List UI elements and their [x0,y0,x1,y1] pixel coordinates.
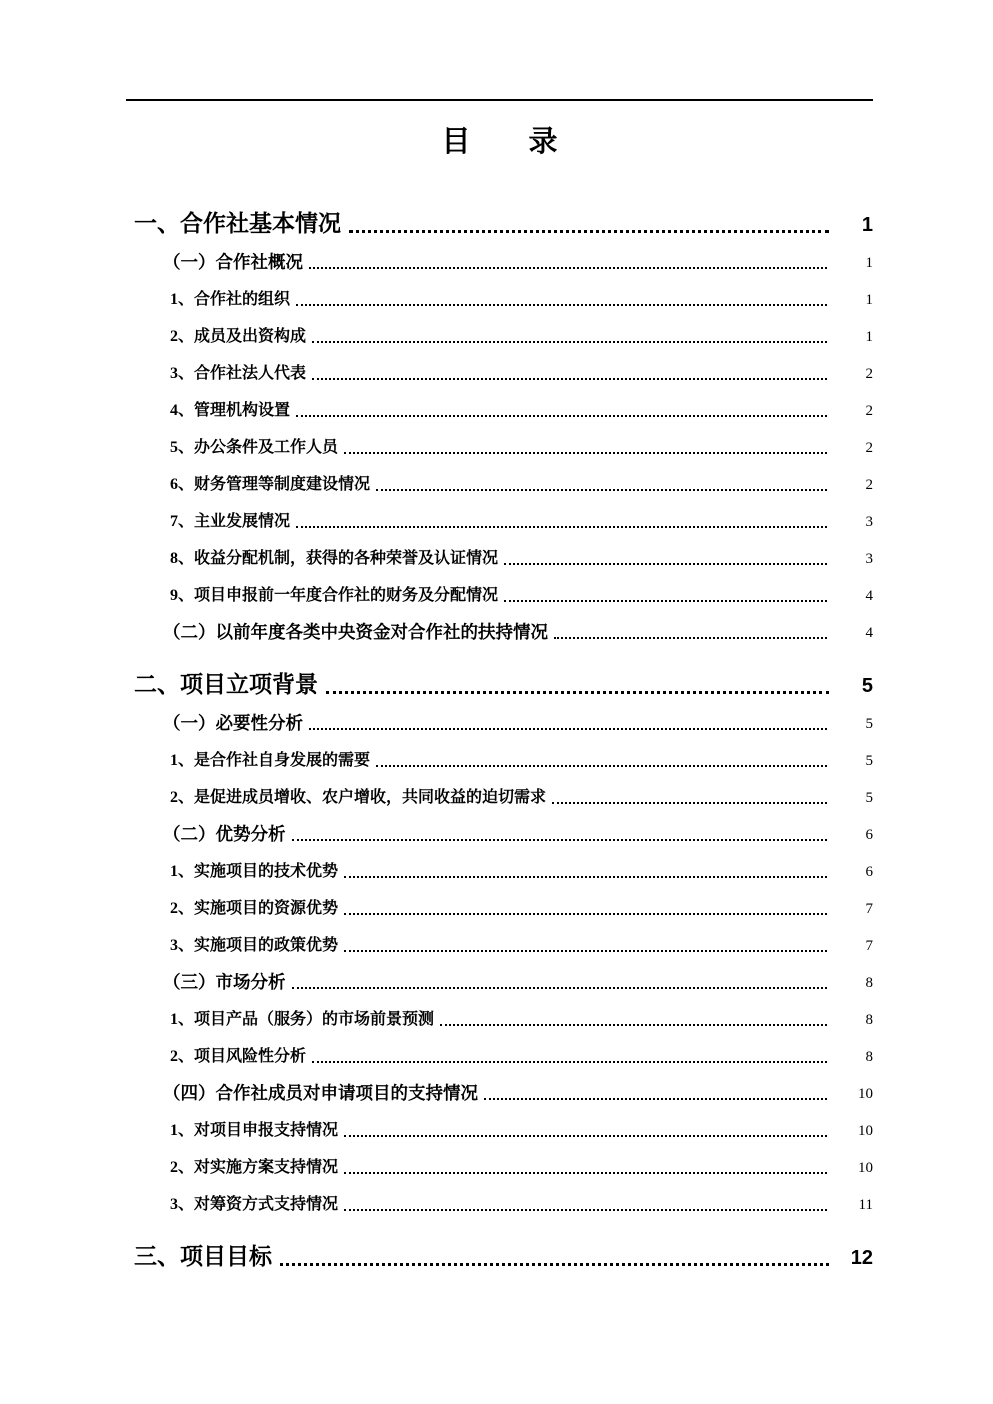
toc-entry-page: 1 [839,256,873,271]
toc-entry-label: 1、项目产品（服务）的市场前景预测 [170,1012,434,1028]
toc-list: 一、合作社基本情况1（一）合作社概况11、合作社的组织12、成员及出资构成13、… [126,197,873,1276]
toc-entry[interactable]: 8、收益分配机制，获得的各种荣誉及认证情况3 [126,539,873,576]
toc-entry[interactable]: 1、项目产品（服务）的市场前景预测8 [126,1000,873,1037]
toc-entry-page: 3 [839,552,873,567]
toc-entry[interactable]: （三）市场分析8 [126,963,873,1000]
dot-leader [344,876,827,878]
toc-entry[interactable]: 6、财务管理等制度建设情况2 [126,465,873,502]
toc-entry-page: 1 [839,293,873,308]
toc-entry-label: 2、是促进成员增收、农户增收，共同收益的迫切需求 [170,790,546,806]
toc-entry-label: 2、成员及出资构成 [170,329,306,345]
toc-entry[interactable]: （二）优势分析6 [126,815,873,852]
toc-entry[interactable]: 3、合作社法人代表2 [126,354,873,391]
document-page: 目 录 一、合作社基本情况1（一）合作社概况11、合作社的组织12、成员及出资构… [0,0,993,1404]
toc-entry-page: 10 [839,1087,873,1102]
dot-leader [344,452,827,454]
toc-entry-page: 6 [839,828,873,843]
toc-entry-label: （一）必要性分析 [163,715,303,733]
dot-leader [280,1263,829,1266]
dot-leader [440,1024,827,1026]
toc-entry-page: 5 [839,717,873,732]
dot-leader [326,691,829,694]
toc-entry-page: 1 [839,215,873,235]
toc-entry-page: 2 [839,367,873,382]
toc-entry-label: 3、合作社法人代表 [170,366,306,382]
dot-leader [554,637,827,639]
toc-entry[interactable]: 3、实施项目的政策优势7 [126,926,873,963]
toc-entry[interactable]: 二、项目立项背景5 [126,658,873,704]
toc-entry[interactable]: 1、合作社的组织1 [126,280,873,317]
toc-entry-page: 12 [839,1248,873,1268]
toc-entry-page: 7 [839,939,873,954]
toc-entry-page: 8 [839,1050,873,1065]
toc-entry-label: 3、实施项目的政策优势 [170,938,338,954]
toc-entry-page: 5 [839,754,873,769]
dot-leader [312,1061,827,1063]
toc-entry[interactable]: 1、是合作社自身发展的需要5 [126,741,873,778]
toc-entry-label: （一）合作社概况 [163,254,303,272]
toc-entry-label: 8、收益分配机制，获得的各种荣誉及认证情况 [170,551,498,567]
toc-entry[interactable]: 三、项目目标12 [126,1230,873,1276]
toc-entry[interactable]: 2、是促进成员增收、农户增收，共同收益的迫切需求5 [126,778,873,815]
dot-leader [344,1135,827,1137]
toc-entry-page: 8 [839,1013,873,1028]
toc-entry[interactable]: 2、对实施方案支持情况10 [126,1148,873,1185]
toc-entry-label: 3、对筹资方式支持情况 [170,1197,338,1213]
dot-leader [349,230,829,233]
dot-leader [296,526,827,528]
dot-leader [296,304,827,306]
toc-entry-label: 7、主业发展情况 [170,514,290,530]
dot-leader [552,802,827,804]
dot-leader [312,341,827,343]
dot-leader [344,950,827,952]
dot-leader [292,987,828,989]
toc-entry[interactable]: （一）必要性分析5 [126,704,873,741]
toc-entry-page: 7 [839,902,873,917]
toc-title: 目 录 [126,121,873,163]
toc-entry-label: 1、对项目申报支持情况 [170,1123,338,1139]
toc-entry[interactable]: （四）合作社成员对申请项目的支持情况10 [126,1074,873,1111]
toc-entry-page: 3 [839,515,873,530]
toc-entry[interactable]: 9、项目申报前一年度合作社的财务及分配情况4 [126,576,873,613]
toc-entry-page: 6 [839,865,873,880]
toc-entry-label: 4、管理机构设置 [170,403,290,419]
toc-entry-label: 9、项目申报前一年度合作社的财务及分配情况 [170,588,498,604]
dot-leader [292,839,828,841]
toc-entry-label: 三、项目目标 [134,1245,272,1268]
dot-leader [344,913,827,915]
toc-entry-label: 5、办公条件及工作人员 [170,440,338,456]
dot-leader [344,1172,827,1174]
toc-entry-label: 1、是合作社自身发展的需要 [170,753,370,769]
toc-entry[interactable]: （二）以前年度各类中央资金对合作社的扶持情况4 [126,613,873,650]
toc-entry-page: 5 [839,676,873,696]
toc-entry[interactable]: 3、对筹资方式支持情况11 [126,1185,873,1222]
toc-entry-page: 10 [839,1124,873,1139]
page-content: 目 录 一、合作社基本情况1（一）合作社概况11、合作社的组织12、成员及出资构… [126,101,873,1276]
toc-entry-page: 5 [839,791,873,806]
toc-entry-page: 4 [839,626,873,641]
dot-leader [504,563,827,565]
toc-entry-label: （三）市场分析 [163,974,286,992]
dot-leader [344,1209,827,1211]
toc-entry-page: 4 [839,589,873,604]
toc-entry-label: 2、实施项目的资源优势 [170,901,338,917]
dot-leader [504,600,827,602]
toc-entry[interactable]: 一、合作社基本情况1 [126,197,873,243]
toc-entry-page: 11 [839,1198,873,1213]
dot-leader [312,378,827,380]
toc-entry-page: 1 [839,330,873,345]
toc-entry[interactable]: 2、项目风险性分析8 [126,1037,873,1074]
toc-entry-page: 2 [839,478,873,493]
toc-entry-label: 6、财务管理等制度建设情况 [170,477,370,493]
toc-entry-label: 二、项目立项背景 [134,673,318,696]
toc-entry[interactable]: 2、实施项目的资源优势7 [126,889,873,926]
toc-entry-page: 2 [839,441,873,456]
toc-entry[interactable]: 7、主业发展情况3 [126,502,873,539]
toc-entry[interactable]: （一）合作社概况1 [126,243,873,280]
toc-entry[interactable]: 2、成员及出资构成1 [126,317,873,354]
toc-entry[interactable]: 1、实施项目的技术优势6 [126,852,873,889]
toc-entry-label: （四）合作社成员对申请项目的支持情况 [163,1085,478,1103]
dot-leader [376,765,827,767]
toc-entry-label: 2、对实施方案支持情况 [170,1160,338,1176]
toc-entry-label: 1、实施项目的技术优势 [170,864,338,880]
dot-leader [309,267,827,269]
toc-entry[interactable]: 4、管理机构设置2 [126,391,873,428]
toc-entry-label: （二）优势分析 [163,826,286,844]
toc-entry-page: 10 [839,1161,873,1176]
toc-entry[interactable]: 5、办公条件及工作人员2 [126,428,873,465]
dot-leader [376,489,827,491]
toc-entry-page: 8 [839,976,873,991]
toc-entry-page: 2 [839,404,873,419]
dot-leader [296,415,827,417]
dot-leader [484,1098,827,1100]
toc-entry-label: （二）以前年度各类中央资金对合作社的扶持情况 [163,624,548,642]
dot-leader [309,728,827,730]
toc-entry-label: 2、项目风险性分析 [170,1049,306,1065]
toc-entry-label: 1、合作社的组织 [170,292,290,308]
toc-entry[interactable]: 1、对项目申报支持情况10 [126,1111,873,1148]
toc-entry-label: 一、合作社基本情况 [134,212,341,235]
